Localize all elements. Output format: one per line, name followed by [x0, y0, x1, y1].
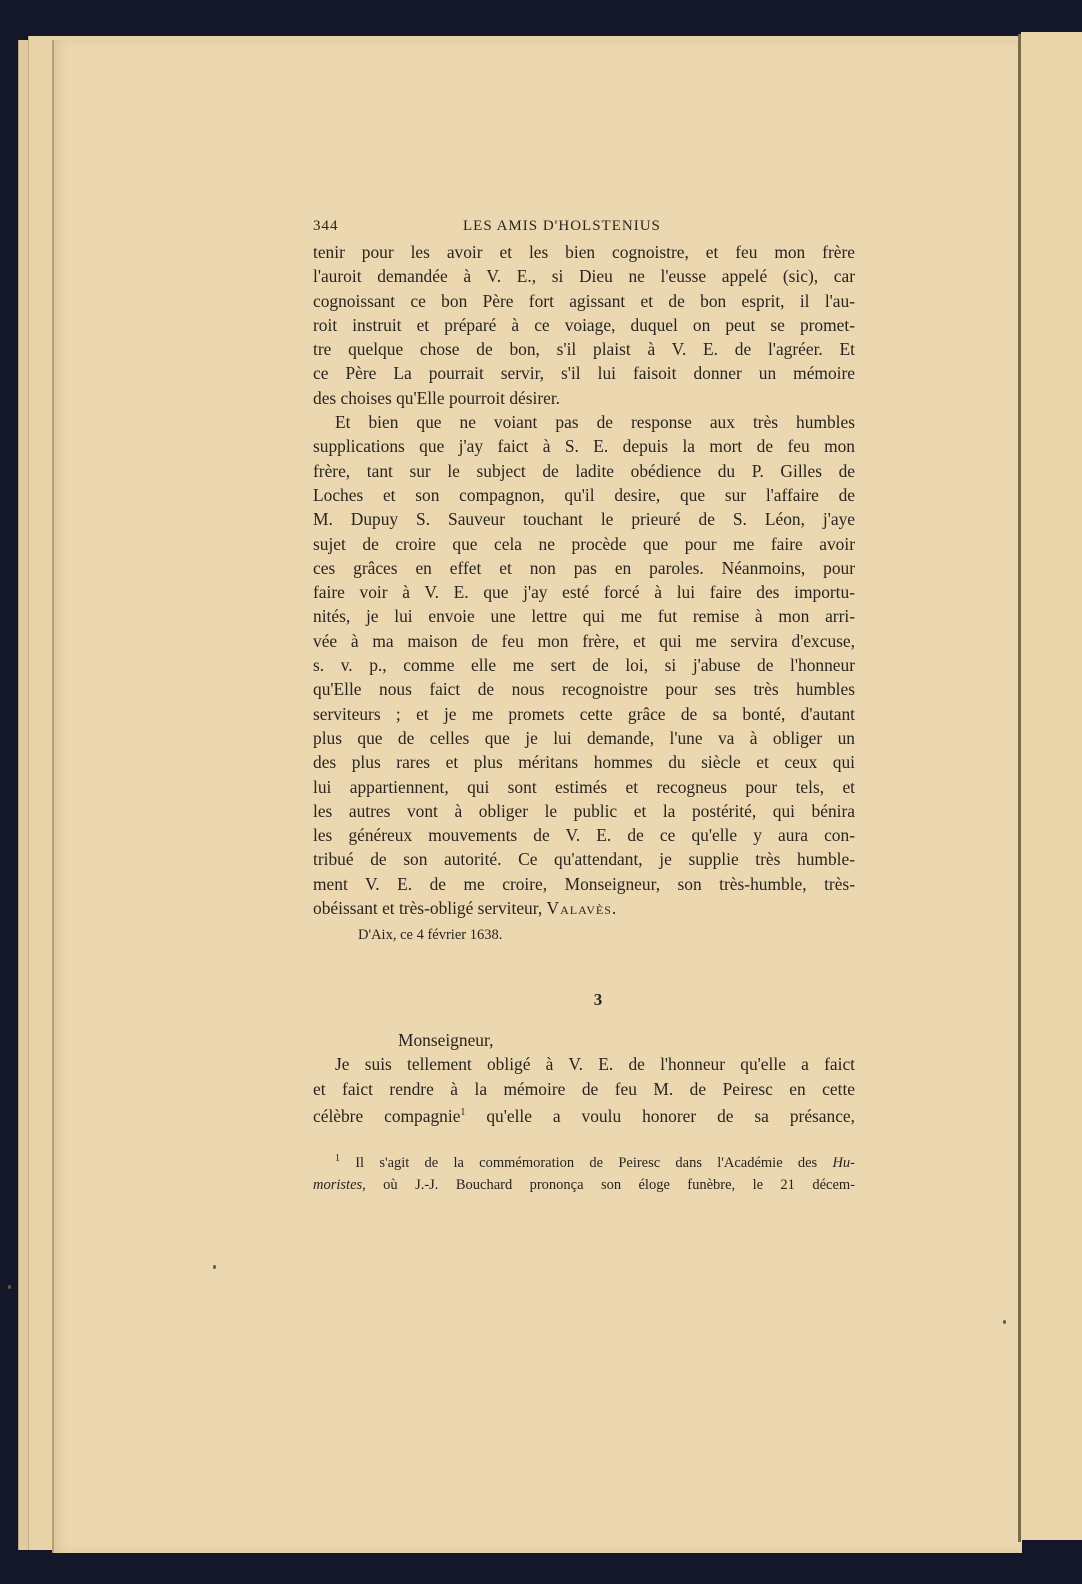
footnote-italic: Hu- — [832, 1155, 855, 1171]
text-line: serviteurs ; et je me promets cette grâc… — [313, 702, 855, 726]
text-fragment: qu'elle a voulu honorer de sa présance, — [465, 1106, 855, 1126]
footnote-italic: moristes — [313, 1177, 362, 1193]
text-line: Et bien que ne voiant pas de response au… — [313, 410, 855, 434]
paragraph-2: Et bien que ne voiant pas de response au… — [313, 410, 855, 920]
text-line: Je suis tellement obligé à V. E. de l'ho… — [313, 1052, 855, 1076]
date-line: D'Aix, ce 4 février 1638. — [358, 924, 855, 946]
text-line: supplications que j'ay faict à S. E. dep… — [313, 434, 855, 458]
text-line: tribué de son autorité. Ce qu'attendant,… — [313, 847, 855, 871]
text-line: les généreux mouvements de V. E. de ce q… — [313, 823, 855, 847]
text-line: vée à ma maison de feu mon frère, et qui… — [313, 629, 855, 653]
text-line: plus que de celles que je lui demande, l… — [313, 726, 855, 750]
text-line: cognoissant ce bon Père fort agissant et… — [313, 289, 855, 313]
page-content: 344 LES AMIS D'HOLSTENIUS tenir pour les… — [313, 216, 855, 1196]
text-line: des plus rares et plus méritans hommes d… — [313, 750, 855, 774]
text-line: M. Dupuy S. Sauveur touchant le prieuré … — [313, 507, 855, 531]
paper-speck — [213, 1265, 216, 1269]
text-line: roit instruit et préparé à ce voiage, du… — [313, 313, 855, 337]
text-line: s. v. p., comme elle me sert de loi, si … — [313, 653, 855, 677]
text-line: les autres vont à obliger le public et l… — [313, 799, 855, 823]
text-line: faire voir à V. E. que j'ay esté forcé à… — [313, 580, 855, 604]
paragraph-1: tenir pour les avoir et les bien cognois… — [313, 240, 855, 410]
section-number: 3 — [313, 990, 855, 1010]
facing-page-edge — [1021, 32, 1082, 1540]
text-line: ment V. E. de me croire, Monseigneur, so… — [313, 872, 855, 896]
text-line: frère, tant sur le subject de ladite obé… — [313, 459, 855, 483]
footnote-line: 1 Il s'agit de la commémoration de Peire… — [313, 1148, 855, 1174]
text-line: des choises qu'Elle pourroit désirer. — [313, 386, 855, 410]
paragraph-3: Je suis tellement obligé à V. E. de l'ho… — [313, 1052, 855, 1128]
running-head: 344 LES AMIS D'HOLSTENIUS — [313, 216, 855, 240]
text-line: sujet de croire que cela ne procède que … — [313, 532, 855, 556]
paper-speck — [1003, 1320, 1006, 1324]
footnote: 1 Il s'agit de la commémoration de Peire… — [313, 1148, 855, 1196]
text-line: qu'Elle nous faict de nous recognoistre … — [313, 677, 855, 701]
text-fragment: célèbre compagnie — [313, 1106, 460, 1126]
signature: Valavès. — [547, 898, 618, 918]
page-number: 344 — [313, 218, 339, 235]
salutation: Monseigneur, — [398, 1028, 855, 1052]
text-line: tenir pour les avoir et les bien cognois… — [313, 240, 855, 264]
running-title: LES AMIS D'HOLSTENIUS — [463, 218, 661, 235]
footnote-line: moristes, où J.-J. Bouchard prononça son… — [313, 1174, 855, 1196]
footnote-text: , où J.-J. Bouchard prononça son éloge f… — [362, 1177, 855, 1193]
text-line: ce Père La pourrait servir, s'il lui fai… — [313, 361, 855, 385]
text-line: l'auroit demandée à V. E., si Dieu ne l'… — [313, 264, 855, 288]
text-line: ces grâces en effet et non pas en parole… — [313, 556, 855, 580]
paper-speck — [8, 1285, 11, 1289]
text-line: lui appartiennent, qui sont estimés et r… — [313, 775, 855, 799]
text-line: nités, je lui envoie une lettre qui me f… — [313, 604, 855, 628]
text-line: tre quelque chose de bon, s'il plaist à … — [313, 337, 855, 361]
text-line: et faict rendre à la mémoire de feu M. d… — [313, 1077, 855, 1101]
footnote-text: Il s'agit de la commémoration de Peiresc… — [340, 1155, 832, 1171]
closing-text: obéissant et très-obligé serviteur, — [313, 898, 547, 918]
text-line: obéissant et très-obligé serviteur, Vala… — [313, 896, 855, 920]
text-line: célèbre compagnie1 qu'elle a voulu honor… — [313, 1101, 855, 1128]
text-line: Loches et son compagnon, qu'il desire, q… — [313, 483, 855, 507]
